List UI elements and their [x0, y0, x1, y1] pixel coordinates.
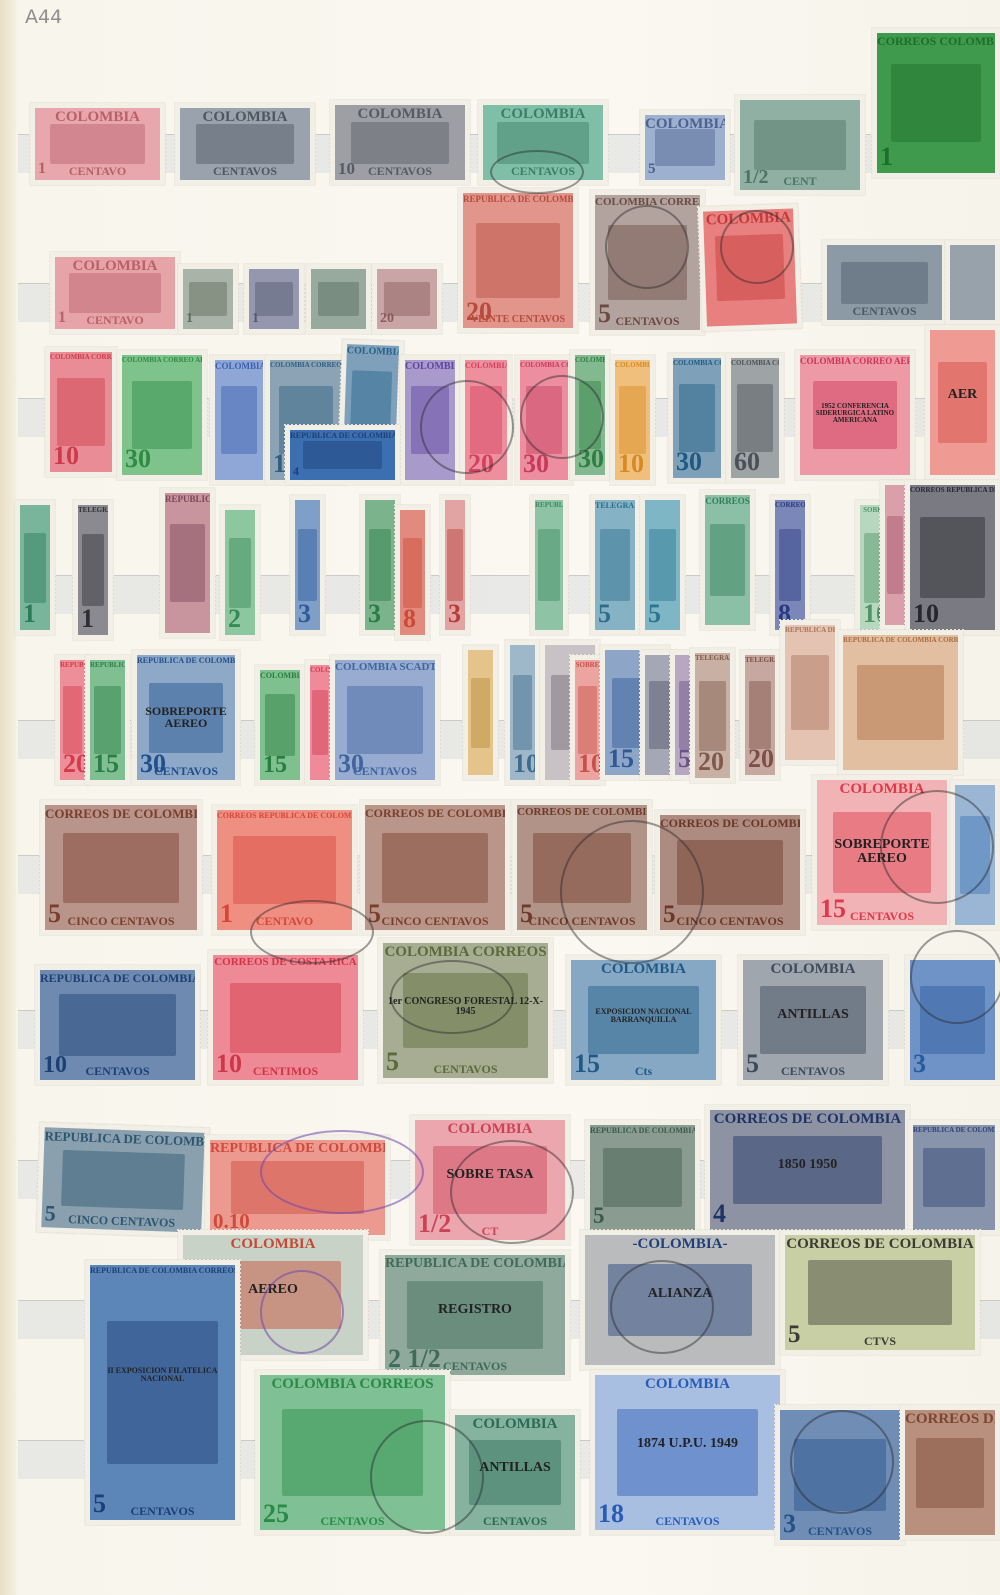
stamp-overprint: ALIANZA: [585, 1287, 775, 1301]
stamp-country-label: REPUBLICA DE COLOMBIA: [913, 1127, 995, 1134]
stamp: COLOMBIA1874 U.P.U. 194918CENTAVOS: [590, 1370, 785, 1535]
stamp-vignette: [699, 681, 726, 751]
stamp: CORREOS REPUBLICA DE COLOMBIA1CENTAVO: [212, 805, 357, 935]
stamp-vignette: [920, 517, 985, 598]
stamp-vignette: [779, 529, 802, 602]
stamp: COLOMBIA CORREO30: [570, 350, 610, 480]
stamp-country-label: CORREOS DE COLOMBIA: [785, 1237, 975, 1252]
stamp: 1: [15, 500, 55, 635]
stamp-denomination: 20: [698, 749, 724, 775]
stamp-denomination: 5: [648, 162, 656, 177]
stamp: COLOMBIAANTILLAS5CENTAVOS: [738, 955, 888, 1085]
stamp: REPUBLICA DE COLOMBIA0.10: [205, 1135, 390, 1240]
stamp-country-label: COLOMBIA: [465, 362, 507, 370]
stamp: COLOMBIA CORREO30: [515, 355, 573, 485]
stamp-country-label: CORREOS REPUBLICA DE COLOMBIA: [217, 812, 352, 820]
stamp-country-label: REPUBLICA DE COLOMBIA CORREOS: [843, 637, 958, 644]
stamp-vignette: [923, 1148, 985, 1207]
stamp: COLOMBIAANTILLASCENTAVOS: [450, 1410, 580, 1535]
stamp: REPUBLICA DE COLOMBIA20VEINTE CENTAVOS: [458, 188, 578, 333]
stamp-overprint: SOBRE TASA: [415, 1168, 565, 1182]
stamp: 10: [505, 640, 540, 785]
stamp-country-label: COLOMBIA: [455, 1417, 575, 1432]
stamp-overprint: AER: [930, 388, 995, 402]
stamp: 1: [178, 264, 238, 334]
stamp: REPUBLICA DE COLOMBIA4: [285, 425, 400, 485]
stamp: CORREOS REPUBLICA DE COLOMBIA10: [905, 480, 1000, 635]
stamp-vignette: [318, 282, 360, 316]
stamp: REPUBLICA: [160, 488, 215, 638]
stamp-vignette: [513, 675, 532, 751]
stamp-vignette: [265, 694, 295, 756]
stamp: 3CENTAVOS: [775, 1405, 905, 1545]
stamp: TELEGRAFOS5: [590, 495, 640, 635]
stamp-country-label: COLOMBIA: [183, 1237, 363, 1252]
stamp: REPUBLICA DE COLOMBIA10CENTAVOS: [35, 965, 200, 1085]
stamp-vignette: [715, 234, 786, 301]
stamp-vignette: [603, 1148, 683, 1207]
stamp-vignette: [82, 534, 105, 607]
stamp: TELEGRAFOS20: [740, 650, 780, 780]
stamp-denomination: 10: [513, 751, 539, 777]
stamp: REPUBLICA DE COLOMBIA15: [85, 655, 130, 785]
stamp-vignette: [649, 681, 672, 748]
stamp-country-label: COLOMBIA: [817, 782, 947, 797]
stamp: 2: [220, 505, 260, 640]
stamp-country-label: COLOMBIA CORREO AEREO: [50, 354, 112, 361]
stamp-vignette: [470, 386, 502, 453]
stamp-country-label: TELEGRAFOS: [745, 657, 775, 664]
stamp: REPUBLICA DE COLOMBIA5: [585, 1120, 700, 1235]
stamp-country-label: TELEGRAFOS: [695, 655, 730, 662]
stamp-vignette: [920, 986, 985, 1053]
stamp-overprint: 1850 1950: [710, 1158, 905, 1172]
stamp: COLOMBIA CORREO10: [610, 355, 655, 485]
stamp-denomination: 10: [618, 451, 644, 477]
stamp-overprint: 1er CONGRESO FORESTAL 12-X-1945: [383, 997, 548, 1017]
stamp-country-label: CORREOS DE COLOMBIA: [365, 807, 505, 819]
stamp-vignette: [737, 384, 774, 451]
stamp-denomination: 10: [53, 443, 79, 469]
stamp: CORREOS8: [770, 495, 810, 635]
stamp: [950, 780, 1000, 930]
stamp-country-label: COLOMBIA: [347, 346, 399, 358]
stamp: COLOMBIA CORREO AEREO10: [45, 347, 117, 477]
stamp-currency-label: CENTIMOS: [213, 1065, 358, 1077]
stamp-vignette: [526, 386, 563, 453]
stamp: 3: [290, 495, 325, 635]
stamp: REPUBLICA: [530, 495, 568, 635]
stamp-overprint: EXPOSICION NACIONAL BARRANQUILLA: [571, 1008, 716, 1024]
stamp-currency-label: CENT: [740, 175, 860, 187]
stamp-vignette: [255, 282, 293, 316]
stamp-vignette: [710, 524, 744, 597]
stamp-vignette: [230, 983, 340, 1053]
stamp-vignette: [382, 833, 488, 903]
stamp-country-label: REPUBLICA DE COLOMBIA: [90, 662, 125, 669]
stamp-vignette: [170, 524, 204, 602]
stamp-vignette: [887, 516, 902, 594]
stamp-vignette: [476, 223, 560, 299]
stamp: COLOMBIA CORREO30: [668, 353, 726, 483]
stamp-vignette: [132, 381, 193, 448]
stamp-country-label: CORREOS: [705, 497, 750, 506]
stamp-vignette: [891, 64, 981, 142]
stamp-denomination: 3: [913, 1051, 926, 1077]
stamp-currency-label: CENTAVO: [55, 314, 175, 326]
stamp-country-label: CORREOS DE COLOMBIA: [660, 817, 800, 829]
stamp: COLOMBIA10CENTAVOS: [330, 100, 470, 185]
stamp: [463, 645, 498, 780]
stamp-currency-label: CINCO CENTAVOS: [45, 915, 197, 927]
stamp-country-label: REPUBLICA DE COLOMBIA CORREOS: [90, 1267, 235, 1275]
stamp-country-label: REPUBLICA DE COLOMBIA: [210, 1142, 385, 1156]
stamp: REPUBLICA DE COLOMBIASOBREPORTE AEREO30C…: [132, 650, 240, 785]
stamp-overprint: II EXPOSICION FILATELICA NACIONAL: [90, 1367, 235, 1383]
stamp-country-label: TELEGRAFOS: [595, 502, 635, 510]
stamp: COLOMBIA5: [640, 110, 730, 185]
stamp-denomination: 0.10: [213, 1211, 250, 1232]
stamp-vignette: [50, 124, 145, 164]
stamp-country-label: SOBRE: [575, 662, 600, 669]
stamp-denomination: 15: [608, 746, 634, 772]
stamp-country-label: COLOMBIA: [260, 672, 300, 680]
stamp-vignette: [63, 686, 82, 753]
stamp-denomination: 1: [252, 312, 259, 326]
stamp-currency-label: CENTAVOS: [827, 305, 942, 317]
stamp-currency-label: CT: [415, 1225, 565, 1237]
stamp-denomination: 60: [734, 449, 760, 475]
stamp-currency-label: CENTAVOS: [137, 765, 235, 777]
stamp-country-label: TELEGRAFOS: [78, 507, 108, 514]
stamp-currency-label: CENTAVOS: [817, 910, 947, 922]
stamp-country-label: COLOMBIA CORREOS: [260, 1377, 445, 1392]
stamp: TELEGRAFOS20: [690, 648, 735, 783]
stamp: 8: [395, 505, 430, 640]
stamp-country-label: COLOMBIA: [571, 962, 716, 977]
stamp-denomination: 3: [448, 601, 461, 627]
stamp-denomination: 15: [263, 753, 287, 777]
stamp-denomination: 1: [23, 601, 36, 627]
stamp-country-label: COLOMBIA SCADTA: [335, 662, 435, 673]
stamp: REPUBLICA DE COLOMBIA CORREOS: [838, 630, 963, 775]
stamp-vignette: [347, 686, 423, 753]
stamp: COLOMBIA: [400, 355, 460, 485]
stamp-denomination: 4: [713, 1201, 726, 1227]
stamp: COLOMBIA CORREO60: [726, 353, 784, 483]
stamp: CORREOS COLOMBIA1: [872, 28, 1000, 178]
stamp-currency-label: CTVS: [785, 1335, 975, 1347]
stamp-vignette: [749, 681, 772, 748]
stamp-country-label: COLOMBIA: [180, 110, 310, 125]
stamp: COLOMBIA CORREOS1er CONGRESO FORESTAL 12…: [378, 938, 553, 1083]
stamp: CORREOS DE COLOMBIA5CINCO CENTAVOS: [40, 800, 202, 935]
stamp-denomination: 30: [523, 451, 549, 477]
stamp-vignette: [403, 538, 422, 608]
stamp-denomination: 8: [403, 606, 416, 632]
stamp-currency-label: CENTAVO: [217, 915, 352, 927]
stamp-vignette: [619, 386, 646, 453]
stamp-country-label: REPUBLICA DE COLOMBIA: [137, 657, 235, 665]
stamp-country-label: CORREOS: [775, 502, 805, 509]
stamp-country-label: COLOMBIA: [645, 117, 725, 132]
stamp: REPUBLICA DE COLOMBIA: [908, 1120, 1000, 1235]
stamp-currency-label: CINCO CENTAVOS: [365, 915, 505, 927]
stamp-currency-label: CENTAVOS: [595, 1515, 780, 1527]
stamp-vignette: [649, 529, 676, 602]
stamp: COLOMBIASOBRE TASA1/2CT: [410, 1115, 570, 1245]
stamp-country-label: REPUBLICA DE COLOMBIA: [463, 195, 573, 204]
stamp: CORREOS DE: [900, 1405, 1000, 1540]
stamp-country-label: REPUBLICA DE COLOMBIA: [40, 972, 195, 984]
stamp-currency-label: CENTAVOS: [180, 165, 310, 177]
stamp-country-label: COLOMBIA: [743, 962, 883, 977]
stamp-vignette: [229, 538, 252, 608]
stamp: COLOMBIA: [698, 203, 802, 331]
stamp-currency-label: Cts: [571, 1065, 716, 1077]
stamp-denomination: 15: [93, 751, 119, 777]
stamp-vignette: [617, 1409, 758, 1496]
stamp-denomination: 20: [468, 451, 494, 477]
stamp-country-label: COLOMBIA CORREOS: [595, 197, 700, 208]
stamp-country-label: CORREOS COLOMBIA: [877, 35, 995, 47]
stamp-country-label: CORREOS DE COLOMBIA: [45, 807, 197, 820]
stamp-vignette: [282, 1409, 423, 1496]
stamp-vignette: [791, 655, 829, 731]
stamp-country-label: REPUBLICA DE COLOMBIA: [385, 1257, 565, 1271]
stamp: 1: [244, 264, 304, 334]
stamp-overprint: SOBREPORTE AEREO: [817, 838, 947, 866]
stamp-vignette: [351, 122, 450, 164]
stamp-country-label: REPUBLICA DE COLOMBIA: [60, 662, 85, 669]
stamp-country-label: COLOMBIA CORREO AEREO: [800, 357, 910, 366]
stamp-currency-label: CINCO CENTAVOS: [660, 915, 800, 927]
stamp: COLOMBIA SCADTA30CENTAVOS: [330, 655, 440, 785]
stamp-country-label: COLOMBIA: [335, 107, 465, 122]
stamp-denomination: 30: [125, 446, 151, 472]
stamp-denomination: 5: [648, 601, 661, 627]
stamp-vignette: [107, 1321, 217, 1464]
stamp-country-label: COLOMBIA: [310, 667, 330, 674]
stamp: COLOMBIACENTAVOS: [478, 100, 608, 185]
stamp-vignette: [916, 1438, 984, 1508]
stamp-country-label: REPUBLICA: [165, 495, 210, 504]
stamp-vignette: [677, 840, 783, 904]
stamp-denomination: 1: [186, 312, 193, 326]
stamp-country-label: REPUBLICA: [535, 502, 563, 509]
stamp: CORREOS DE COLOMBIA5CTVS: [780, 1230, 980, 1355]
stamp-vignette: [808, 1260, 952, 1324]
stamp-country-label: COLOMBIA: [55, 259, 175, 274]
stamp: COLOMBIASOBREPORTE AEREO15CENTAVOS: [812, 775, 952, 930]
stamp: [945, 240, 1000, 325]
stamp-country-label: COLOMBIA: [405, 362, 455, 372]
stamp-country-label: COLOMBIA: [415, 1122, 565, 1137]
stamp-denomination: 4: [293, 465, 299, 477]
stamp-country-label: COLOMBIA CORREO: [615, 362, 650, 369]
stamp-overprint: SOBREPORTE AEREO: [137, 705, 235, 729]
stamp-vignette: [533, 833, 632, 903]
stamp: COLOMBIA15: [255, 665, 305, 785]
stamp-country-label: COLOMBIA CORREO AEREO: [122, 357, 202, 364]
stamp-country-label: CORREOS DE COLOMBIA: [517, 807, 647, 818]
stamp-vignette: [189, 282, 227, 316]
stamp-country-label: CORREOS DE COSTA RICA: [213, 957, 358, 968]
stamp-vignette: [447, 529, 462, 602]
stamp-currency-label: CENTAVOS: [595, 315, 700, 327]
stamp: CORREOS DE COLOMBIA5CINCO CENTAVOS: [655, 810, 805, 935]
stamp: 3: [440, 495, 470, 635]
stamp: REPUBLICA DE COLOMBIAREGISTRO2 1/2CENTAV…: [380, 1250, 570, 1380]
page-binding-edge: [0, 0, 16, 1595]
stamp: 20: [372, 264, 442, 334]
stamp-vignette: [233, 836, 336, 903]
stamp-vignette: [655, 129, 716, 165]
stamp: TELEGRAFOS1: [73, 500, 113, 640]
stamp-vignette: [578, 686, 597, 753]
stamp-country-label: COLOMBIA CORREO: [575, 357, 605, 364]
stamp-country-label: COLOMBIA CORREO: [673, 360, 721, 367]
stamp-country-label: -COLOMBIA-: [585, 1237, 775, 1252]
stamp-vignette: [794, 1439, 885, 1512]
stamp: COLOMBIA CORREOS25CENTAVOS: [255, 1370, 450, 1535]
stamp: COLOMBIA20: [460, 355, 512, 485]
stamp: AER: [925, 325, 1000, 480]
stamp-vignette: [63, 833, 179, 903]
stamp-vignette: [857, 665, 944, 741]
stamp-denomination: 1: [81, 606, 94, 632]
stamp-country-label: REPUBLICA DE COLOMBIA CORREOS: [785, 627, 835, 634]
stamp: CORREOS DE COLOMBIA5CINCO CENTAVOS: [512, 800, 652, 935]
stamp-currency-label: CENTAVOS: [260, 1515, 445, 1527]
stamp-denomination: 20: [380, 312, 394, 326]
stamp: COLOMBIA1CENTAVO: [50, 252, 180, 334]
stamp-currency-label: CENTAVOS: [743, 1065, 883, 1077]
stamp-country-label: CORREOS DE COLOMBIA: [710, 1112, 905, 1127]
stamp-denomination: 5: [593, 1204, 605, 1227]
stamp-country-label: REPUBLICA DE COLOMBIA: [290, 432, 395, 440]
stamp-vignette: [69, 273, 160, 313]
stamp-country-label: COLOMBIA: [35, 110, 160, 125]
stamp-vignette: [497, 122, 588, 164]
stamp-denomination: 1: [880, 144, 893, 170]
stamp-vignette: [24, 533, 47, 603]
stamp-currency-label: CINCO CENTAVOS: [517, 915, 647, 927]
stamp-country-label: COLOMBIA: [703, 210, 793, 228]
stamp: COLOMBIA1CENTAVO: [30, 103, 165, 185]
stamp: REPUBLICA DE COLOMBIA CORREOSII EXPOSICI…: [85, 1260, 240, 1525]
stamp-country-label: COLOMBIA CORREOS: [383, 945, 548, 960]
stamp-vignette: [679, 384, 716, 451]
stamp: REPUBLICA DE COLOMBIA CORREOS: [780, 620, 840, 765]
stamp-denomination: 5: [598, 601, 611, 627]
stamp-denomination: 20: [748, 746, 774, 772]
stamp-vignette: [538, 529, 559, 602]
stamp-country-label: CORREOS REPUBLICA DE COLOMBIA: [910, 487, 995, 494]
stock-book-page: A44 COLOMBIA1CENTAVOCOLOMBIACENTAVOSCOLO…: [0, 0, 1000, 1595]
stamp-country-label: COLOMBIA: [595, 1377, 780, 1392]
stamp-country-label: COLOMBIA: [483, 107, 603, 122]
stamp-vignette: [754, 120, 845, 170]
stamp-currency-label: CENTAVOS: [455, 1515, 575, 1527]
stamp-vignette: [938, 362, 987, 443]
stamp-denomination: 3: [368, 601, 381, 627]
stamp: 3: [905, 955, 1000, 1085]
stamp-currency-label: CENTAVOS: [335, 165, 465, 177]
stamp-vignette: [471, 678, 490, 748]
stamp-vignette: [369, 529, 392, 602]
stamp-country-label: REPUBLICA DE COLOMBIA: [44, 1129, 204, 1148]
stamp-currency-label: CENTAVOS: [90, 1505, 235, 1517]
stamp-overprint: ANTILLAS: [743, 1008, 883, 1022]
stamp-country-label: REPUBLICA DE COLOMBIA: [590, 1127, 695, 1135]
stamp-currency-label: CENTAVOS: [383, 1063, 548, 1075]
stamp: [306, 264, 371, 334]
stamp: CENTAVOS: [822, 240, 947, 325]
stamp: COLOMBIA CORREO AEREO30: [117, 350, 207, 480]
stamp: -COLOMBIA-ALIANZA: [580, 1230, 780, 1370]
stamp: 3: [360, 495, 400, 635]
stamp-vignette: [411, 386, 449, 453]
stamp-country-label: COLOMBIA CORREO AEREO: [270, 362, 342, 369]
stamp: COLOMBIACENTAVOS: [175, 103, 315, 185]
stamp: CORREOS DE COLOMBIA1850 19504: [705, 1105, 910, 1235]
stamp-overprint: 1952 CONFERENCIA SIDERURGICA LATINO AMER…: [800, 403, 910, 424]
stamp-vignette: [196, 124, 295, 164]
stamp-overprint: REGISTRO: [385, 1303, 565, 1317]
stamp: 5: [640, 495, 685, 635]
stamp-vignette: [57, 378, 104, 445]
stamp-vignette: [94, 686, 121, 753]
stamp-overprint: 1874 U.P.U. 1949: [595, 1437, 780, 1451]
stamp-vignette: [841, 262, 928, 304]
stamp: COLOMBIA CORREO AEREO1952 CONFERENCIA SI…: [795, 350, 915, 480]
stamp: CORREOS DE COLOMBIA5CINCO CENTAVOS: [360, 800, 510, 935]
stamp-vignette: [608, 225, 688, 301]
stamp-country-label: CORREOS DE: [905, 1412, 995, 1427]
stamp-vignette: [600, 529, 630, 602]
stamp-overprint: ANTILLAS: [455, 1461, 575, 1475]
stamp-currency-label: CENTAVO: [35, 165, 160, 177]
stamp-country-label: COLOMBIA: [215, 362, 263, 371]
stamp-vignette: [960, 816, 990, 894]
stamp: COLOMBIA: [210, 355, 268, 485]
stamp: COLOMBIA CORREOS5CENTAVOS: [590, 190, 705, 335]
stamp-denomination: 10: [913, 601, 939, 627]
pencil-page-note: A44: [25, 6, 62, 28]
stamp-vignette: [221, 386, 258, 453]
stamp: REPUBLICA DE COLOMBIA5CINCO CENTAVOS: [36, 1122, 210, 1238]
stamp-currency-label: VEINTE CENTAVOS: [463, 315, 573, 325]
stamp-vignette: [59, 994, 177, 1056]
stamp-denomination: 30: [578, 446, 604, 472]
stamp-vignette: [61, 1150, 185, 1210]
stamp-vignette: [312, 690, 327, 754]
stamp: 1/2CENT: [735, 95, 865, 195]
stamp-vignette: [298, 529, 317, 602]
stamp: CORREOS DE COSTA RICA10CENTIMOS: [208, 950, 363, 1085]
stamp-currency-label: CINCO CENTAVOS: [41, 1212, 201, 1230]
stamp-country-label: COLOMBIA CORREO: [520, 362, 568, 369]
stamp-vignette: [579, 381, 602, 448]
stamp-currency-label: CENTAVOS: [335, 765, 435, 777]
stamp-denomination: 3: [298, 601, 311, 627]
stamp-currency-label: CENTAVOS: [780, 1525, 900, 1537]
stamp-currency-label: CENTAVOS: [483, 165, 603, 177]
stamp-denomination: 2: [228, 606, 241, 632]
stamp-vignette: [303, 441, 383, 469]
stamp: COLOMBIAEXPOSICION NACIONAL BARRANQUILLA…: [566, 955, 721, 1085]
